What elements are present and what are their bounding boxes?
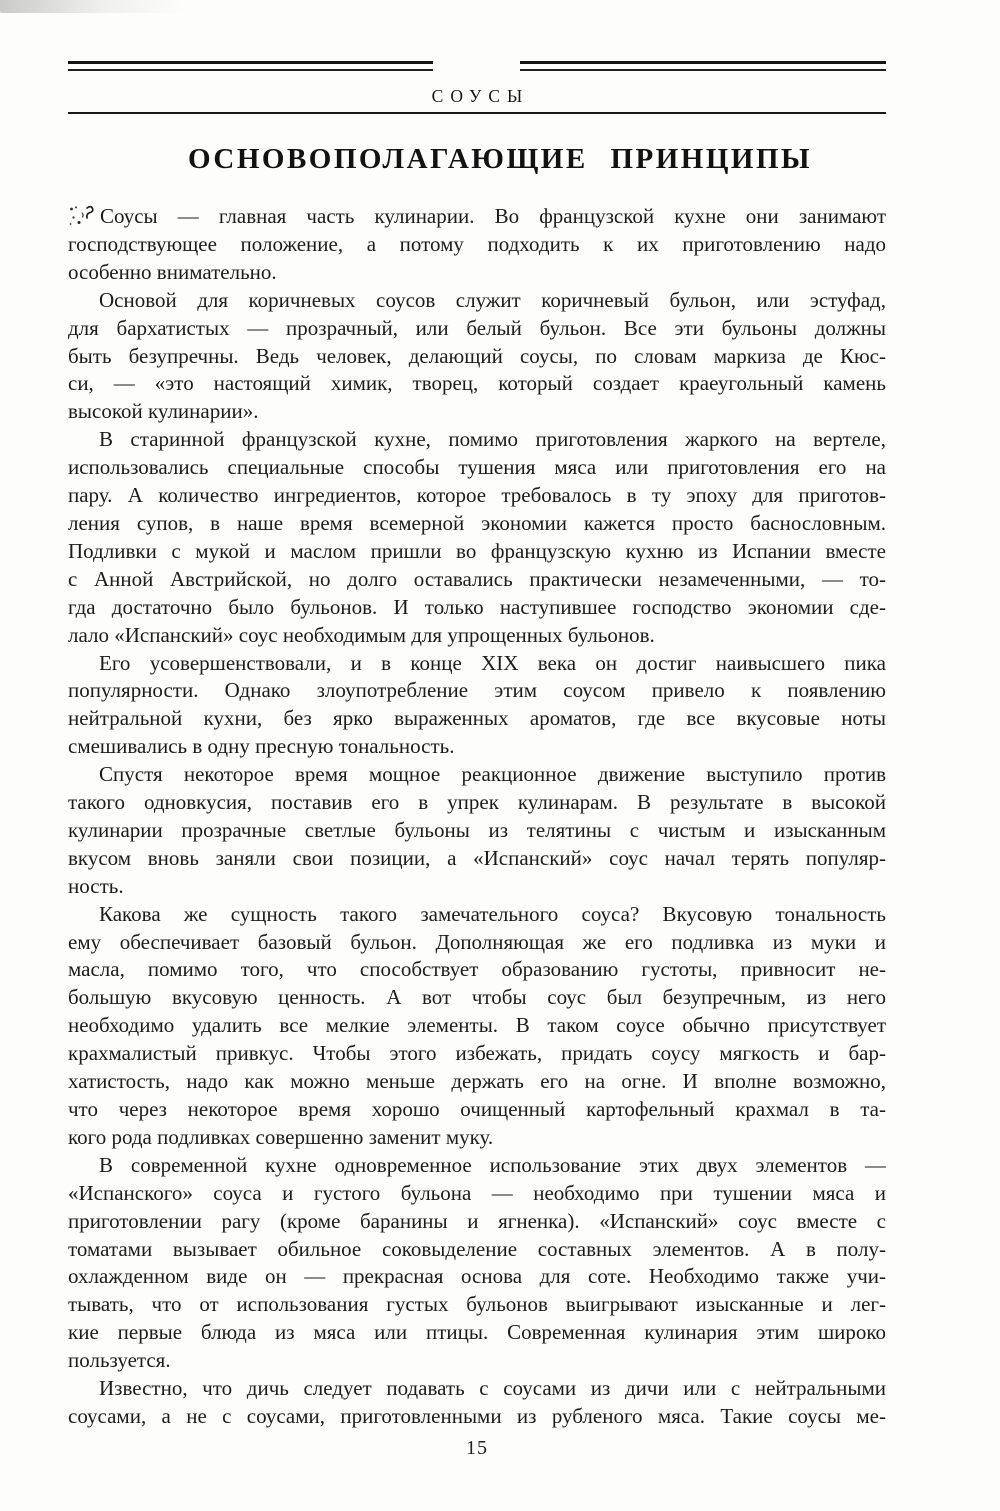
text-line: масла, помимо того, что способствует обр… xyxy=(68,956,886,984)
text-line: господствующее положение, а потому подхо… xyxy=(68,231,886,259)
text-line: большую вкусовую ценность. А вот чтобы с… xyxy=(68,984,886,1012)
text-line: популярности. Однако злоупотребление эти… xyxy=(68,677,886,705)
text-line: использовались специальные способы тушен… xyxy=(68,454,886,482)
text-line: пользуется. xyxy=(68,1347,886,1375)
chapter-title: ОСНОВОПОЛАГАЮЩИЕ ПРИНЦИПЫ xyxy=(0,143,1000,176)
text-line: для бархатистых — прозрачный, или белый … xyxy=(68,315,886,343)
text-line: Спустя некоторое время мощное реакционно… xyxy=(68,761,886,789)
header-rule-left-segment xyxy=(68,61,433,71)
header-rule-right-segment xyxy=(520,61,886,71)
text-line: пару. А количество ингредиентов, которое… xyxy=(68,482,886,510)
text-line: кого рода подливках совершенно заменит м… xyxy=(68,1124,886,1152)
text-line: охлажденном виде он — прекрасная основа … xyxy=(68,1263,886,1291)
paragraph: В современной кухне одновременное исполь… xyxy=(68,1152,886,1375)
ink-mark-icon xyxy=(68,205,95,227)
book-page-scan: { "colors": { "paper": "#fdfdfb", "ink":… xyxy=(0,0,1000,1511)
text-line: лало «Испанский» соус необходимым для уп… xyxy=(68,622,886,650)
text-line: гда достаточно было бульонов. И только н… xyxy=(68,594,886,622)
text-line: ему обеспечивает базовый бульон. Дополня… xyxy=(68,929,886,957)
header-double-rule xyxy=(68,61,886,74)
text-line: особенно внимательно. xyxy=(68,259,886,287)
text-line: такого одновкусия, поставив его в упрек … xyxy=(68,789,886,817)
text-line: ления супов, в наше время всемерной экон… xyxy=(68,510,886,538)
text-line: ность. xyxy=(68,873,886,901)
text-line: си, — «это настоящий химик, творец, кото… xyxy=(68,370,886,398)
text-line: томатами вызывает обильное соковыделение… xyxy=(68,1236,886,1264)
scan-artifact xyxy=(0,0,185,13)
paragraph: Известно, что дичь следует подавать с со… xyxy=(68,1375,886,1431)
running-head: СОУСЫ xyxy=(68,86,886,107)
text-line: В современной кухне одновременное исполь… xyxy=(68,1152,886,1180)
header-rule-bottom xyxy=(68,112,886,114)
text-line: Его усовершенствовали, и в конце XIX век… xyxy=(68,650,886,678)
paragraph: Его усовершенствовали, и в конце XIX век… xyxy=(68,650,886,762)
paragraph: Основой для коричневых соусов служит кор… xyxy=(68,287,886,427)
page: СОУСЫ ОСНОВОПОЛАГАЮЩИЕ ПРИНЦИПЫ Соусы — … xyxy=(0,0,1000,1511)
paragraph: Какова же сущность такого замечательного… xyxy=(68,901,886,1152)
text-line: кие первые блюда из мяса или птицы. Совр… xyxy=(68,1319,886,1347)
text-line: Известно, что дичь следует подавать с со… xyxy=(68,1375,886,1403)
text-line: хатистость, надо как можно меньше держат… xyxy=(68,1068,886,1096)
text-line: Какова же сущность такого замечательного… xyxy=(68,901,886,929)
text-line: смешивались в одну пресную тональность. xyxy=(68,733,886,761)
paragraph: Соусы — главная часть кулинарии. Во фран… xyxy=(68,203,886,287)
page-number: 15 xyxy=(68,1437,886,1460)
paragraph: В старинной французской кухне, помимо пр… xyxy=(68,426,886,649)
text-line: Основой для коричневых соусов служит кор… xyxy=(68,287,886,315)
body-text: Соусы — главная часть кулинарии. Во фран… xyxy=(68,203,886,1431)
text-line: крахмалистый привкус. Чтобы этого избежа… xyxy=(68,1040,886,1068)
text-line: высокой кулинарии». xyxy=(68,398,886,426)
text-line: с Анной Австрийской, но долго оставались… xyxy=(68,566,886,594)
text-line: тывать, что от использования густых буль… xyxy=(68,1291,886,1319)
text-line: «Испанского» соуса и густого бульона — н… xyxy=(68,1180,886,1208)
text-line: приготовлении рагу (кроме баранины и ягн… xyxy=(68,1208,886,1236)
text-line: что через некоторое время хорошо очищенн… xyxy=(68,1096,886,1124)
text-line: необходимо удалить все мелкие элементы. … xyxy=(68,1012,886,1040)
text-line: В старинной французской кухне, помимо пр… xyxy=(68,426,886,454)
text-line: нейтральной кухни, без ярко выраженных а… xyxy=(68,705,886,733)
text-line: Соусы — главная часть кулинарии. Во фран… xyxy=(68,203,886,231)
text-line: соусами, а не с соусами, приготовленными… xyxy=(68,1403,886,1431)
text-line: вкусом вновь заняли свои позиции, а «Исп… xyxy=(68,845,886,873)
text-line: быть безупречны. Ведь человек, делающий … xyxy=(68,343,886,371)
paragraph: Спустя некоторое время мощное реакционно… xyxy=(68,761,886,901)
text-line: Подливки с мукой и маслом пришли во фран… xyxy=(68,538,886,566)
text-line: кулинарии прозрачные светлые бульоны из … xyxy=(68,817,886,845)
